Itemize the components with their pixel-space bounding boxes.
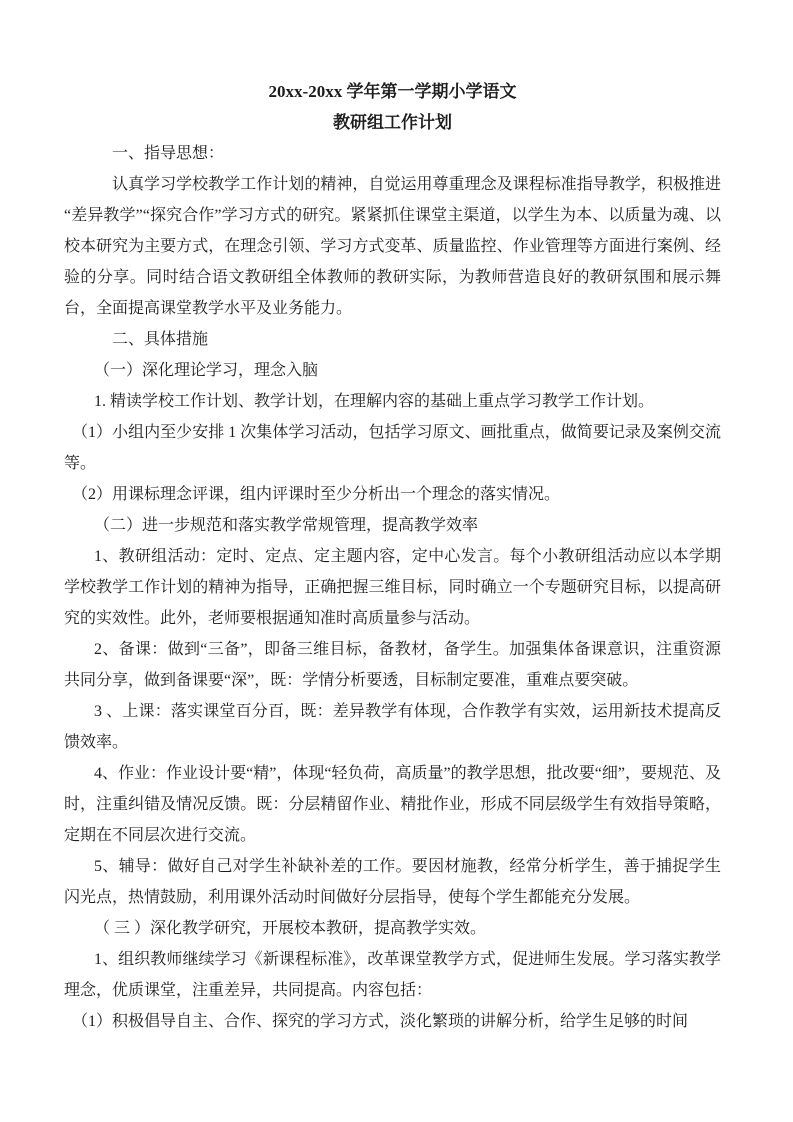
para-read-school-plans: 1. 精读学校工作计划、教学计划，在理解内容的基础上重点学习教学工作计划。 <box>64 386 721 417</box>
para-evaluate-lessons-with-standards: （2）用课标理念评课，组内评课时至少分析出一个理念的落实情况。 <box>64 479 721 510</box>
para-tutoring: 5、辅导：做好自己对学生补缺补差的工作。要因材施教，经常分析学生，善于捕捉学生闪… <box>64 851 721 913</box>
para-classroom-teaching: 3 、上课：落实课堂百分百，既：差异教学有体现，合作教学有实效，运用新技术提高反… <box>64 696 721 758</box>
doc-title-line-2: 教研组工作计划 <box>64 107 721 138</box>
para-guiding-ideology-body: 认真学习学校教学工作计划的精神，自觉运用尊重理念及课程标准指导教学，积极推进“差… <box>64 169 721 324</box>
subheading-deepen-teaching-research: （ 三 ）深化教学研究，开展校本教研，提高教学实效。 <box>64 913 721 944</box>
document-page: 20xx-20xx 学年第一学期小学语文 教研组工作计划 一、指导思想： 认真学… <box>0 0 793 1122</box>
doc-title-line-1: 20xx-20xx 学年第一学期小学语文 <box>64 76 721 107</box>
para-teaching-research-group-activity: 1、教研组活动：定时、定点、定主题内容，定中心发言。每个小教研组活动应以本学期学… <box>64 541 721 634</box>
heading-concrete-measures: 二、具体措施 <box>64 324 721 355</box>
para-lesson-preparation: 2、备课：做到“三备”，即备三维目标，备教材，备学生。加强集体备课意识，注重资源… <box>64 634 721 696</box>
heading-guiding-ideology: 一、指导思想： <box>64 138 721 169</box>
para-group-learning-activity: （1）小组内至少安排 1 次集体学习活动，包括学习原文、画批重点，做简要记录及案… <box>64 417 721 479</box>
para-homework: 4、作业：作业设计要“精”，体现“轻负荷，高质量”的教学思想，批改要“细”，要规… <box>64 758 721 851</box>
subheading-deepen-theory-learning: （一）深化理论学习，理念入脑 <box>64 355 721 386</box>
para-advocate-autonomous-learning: （1）积极倡导自主、合作、探究的学习方式，淡化繁琐的讲解分析，给学生足够的时间 <box>64 1006 721 1037</box>
subheading-standardize-teaching-routine: （二）进一步规范和落实教学常规管理，提高教学效率 <box>64 510 721 541</box>
para-study-new-curriculum-standard: 1、组织教师继续学习《新课程标准》，改革课堂教学方式，促进师生发展。学习落实教学… <box>64 944 721 1006</box>
